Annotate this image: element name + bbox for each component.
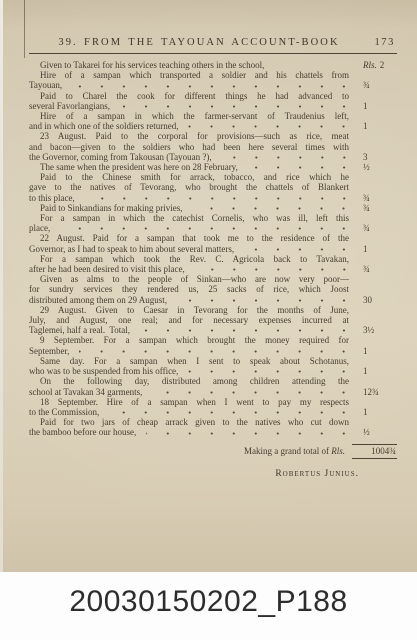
dot-leader bbox=[274, 62, 355, 69]
entry-line: For a sampan which took the Rev. C. Agri… bbox=[29, 254, 349, 264]
entry-line: On the following day, distributed among … bbox=[29, 376, 349, 386]
entry-line: place,¾ bbox=[29, 223, 397, 233]
entry-line: to the Commission,1 bbox=[29, 407, 397, 417]
grand-total-text: Making a grand total of bbox=[244, 446, 329, 456]
entry-line: Paid to Sinkandians for making privies,¾ bbox=[29, 203, 397, 213]
account-entry: Given to Takarei for his services teachi… bbox=[29, 60, 397, 70]
dot-leader bbox=[140, 327, 355, 334]
dot-leader bbox=[85, 195, 355, 202]
entry-text: the bamboo before our house, bbox=[29, 427, 136, 437]
entry-text: Taglemei, half a real. Total, bbox=[29, 325, 130, 335]
entry-amount: 1 bbox=[363, 346, 397, 356]
entry-line: Hire of a sampan which transported a sol… bbox=[29, 70, 349, 80]
grand-total-label: Making a grand total of Rls. bbox=[244, 446, 345, 456]
entry-line: Given to Takarei for his services teachi… bbox=[29, 60, 397, 70]
entry-line: gave to the natives of Tevorang, who bro… bbox=[29, 182, 349, 192]
entry-text: place, bbox=[29, 223, 50, 233]
entry-amount: 3 bbox=[363, 152, 397, 162]
entry-amount: 1 bbox=[363, 121, 397, 131]
scan-id-label: 20030150202_P188 bbox=[69, 585, 347, 619]
entry-line: For a sampan in which the catechist Corn… bbox=[29, 213, 349, 223]
entry-line: Paid to Charel the cook for different th… bbox=[29, 91, 349, 101]
page-edge-shadow bbox=[24, 0, 25, 58]
entry-text: and in which one of the soldiers returne… bbox=[29, 121, 178, 131]
dot-leader bbox=[188, 368, 355, 375]
page-text-block: 39. FROM THE TAYOUAN ACCOUNT-BOOK 173 Gi… bbox=[29, 36, 397, 479]
entry-text: distributed among them on 29 August, bbox=[29, 295, 167, 305]
entry-text: Paid to Sinkandians for making privies, bbox=[29, 203, 182, 213]
entry-text: who was to be suspended from his office, bbox=[29, 366, 178, 376]
entry-line: Governor, as I had to speak to him about… bbox=[29, 244, 397, 254]
entry-text: to the Commission, bbox=[29, 407, 99, 417]
entry-amount: 30 bbox=[363, 295, 397, 305]
entry-line: who was to be suspended from his office,… bbox=[29, 366, 397, 376]
dot-leader bbox=[60, 225, 355, 232]
header-rule bbox=[29, 53, 397, 54]
entry-line: Same day. For a sampan when I sent to sp… bbox=[29, 356, 349, 366]
entry-line: school at Tavakan 34 garments,12¾ bbox=[29, 387, 397, 397]
entry-amount: ¾ bbox=[363, 203, 397, 213]
entry-line: September,1 bbox=[29, 346, 397, 356]
dot-leader bbox=[79, 348, 355, 355]
account-entry: The same when the president was here on … bbox=[29, 162, 397, 172]
account-entry: Hire of a sampan which transported a sol… bbox=[29, 70, 397, 90]
account-entry: 29 August. Given to Caesar in Tevorang f… bbox=[29, 305, 397, 336]
account-entry: Given as alms to the people of Sinkan—wh… bbox=[29, 274, 397, 305]
entry-text: the Governor, coming from Takousan (Tayo… bbox=[29, 152, 212, 162]
entry-amount: 1 bbox=[363, 366, 397, 376]
account-entry: Paid for two jars of cheap arrack given … bbox=[29, 417, 397, 437]
account-entry: 23 August. Paid to the corporal for prov… bbox=[29, 131, 397, 162]
entry-line: the bamboo before our house,½ bbox=[29, 427, 397, 437]
entry-amount: 12¾ bbox=[363, 387, 397, 397]
dot-leader bbox=[72, 83, 355, 90]
entry-amount: 1 bbox=[363, 407, 397, 417]
entry-list: Given to Takarei for his services teachi… bbox=[29, 60, 397, 438]
account-entry: Paid to Sinkandians for making privies,¾ bbox=[29, 203, 397, 213]
dot-leader bbox=[152, 389, 355, 396]
dot-leader bbox=[188, 123, 355, 130]
currency-label: Rls. bbox=[363, 60, 377, 70]
scan-viewer: 39. FROM THE TAYOUAN ACCOUNT-BOOK 173 Gi… bbox=[0, 0, 417, 640]
entry-amount: ½ bbox=[363, 427, 397, 437]
entry-line: July, and August, one real; and for nece… bbox=[29, 315, 349, 325]
entry-line: 22 August. Paid for a sampan that took m… bbox=[29, 233, 349, 243]
dot-leader bbox=[195, 266, 355, 273]
entry-amount: 3½ bbox=[363, 325, 397, 335]
entry-text: several Favorlangians, bbox=[29, 101, 110, 111]
entry-line: to this place,¾ bbox=[29, 193, 397, 203]
entry-line: 18 September. Hire of a sampan when I we… bbox=[29, 397, 349, 407]
account-entry: Paid to Charel the cook for different th… bbox=[29, 91, 397, 111]
account-entry: Same day. For a sampan when I sent to sp… bbox=[29, 356, 397, 376]
dot-leader bbox=[146, 430, 355, 437]
page-number: 173 bbox=[374, 36, 395, 49]
entry-line: Paid for two jars of cheap arrack given … bbox=[29, 417, 349, 427]
book-page: 39. FROM THE TAYOUAN ACCOUNT-BOOK 173 Gi… bbox=[0, 0, 417, 573]
currency-label: Rls. bbox=[331, 446, 345, 456]
account-entry: 9 September. For a sampan which brought … bbox=[29, 335, 397, 355]
dot-leader bbox=[120, 103, 355, 110]
account-entry: For a sampan in which the catechist Corn… bbox=[29, 213, 397, 233]
entry-amount: ¾ bbox=[363, 223, 397, 233]
dot-leader bbox=[244, 246, 355, 253]
entry-amount: 1 bbox=[363, 101, 397, 111]
account-entry: On the following day, distributed among … bbox=[29, 376, 397, 396]
entry-line: the Governor, coming from Takousan (Tayo… bbox=[29, 152, 397, 162]
grand-total-value: 1004¾ bbox=[352, 444, 397, 459]
entry-amount: ¾ bbox=[363, 193, 397, 203]
entry-line: distributed among them on 29 August,30 bbox=[29, 295, 397, 305]
entry-text: The same when the president was here on … bbox=[29, 162, 238, 172]
dot-leader bbox=[192, 205, 355, 212]
account-entry: 18 September. Hire of a sampan when I we… bbox=[29, 397, 397, 417]
entry-amount: Rls.2 bbox=[363, 60, 397, 70]
grand-total-row: Making a grand total of Rls. 1004¾ bbox=[29, 444, 397, 459]
account-entry: Hire of a sampan in which the farmer-ser… bbox=[29, 111, 397, 131]
entry-line: and in which one of the soldiers returne… bbox=[29, 121, 397, 131]
account-entry: 22 August. Paid for a sampan that took m… bbox=[29, 233, 397, 253]
entry-line: Hire of a sampan in which the farmer-ser… bbox=[29, 111, 349, 121]
entry-line: 23 August. Paid to the corporal for prov… bbox=[29, 131, 349, 141]
entry-line: after he had been desired to visit this … bbox=[29, 264, 397, 274]
entry-amount: ¾ bbox=[363, 80, 397, 90]
entry-text: school at Tavakan 34 garments, bbox=[29, 387, 142, 397]
page-header: 39. FROM THE TAYOUAN ACCOUNT-BOOK 173 bbox=[29, 36, 397, 49]
dot-leader bbox=[248, 164, 355, 171]
entry-amount: ½ bbox=[363, 162, 397, 172]
signature: Robertus Junius. bbox=[29, 469, 397, 479]
entry-line: 9 September. For a sampan which brought … bbox=[29, 335, 349, 345]
entry-text: to this place, bbox=[29, 193, 75, 203]
dot-leader bbox=[109, 409, 355, 416]
entry-line: Taglemei, half a real. Total,3½ bbox=[29, 325, 397, 335]
entry-text: September, bbox=[29, 346, 69, 356]
entry-amount: 1 bbox=[363, 244, 397, 254]
dot-leader bbox=[222, 154, 355, 161]
entry-line: Tayouan,¾ bbox=[29, 80, 397, 90]
entry-text: after he had been desired to visit this … bbox=[29, 264, 185, 274]
scan-id-band: 20030150202_P188 bbox=[0, 572, 417, 640]
entry-text: Tayouan, bbox=[29, 80, 62, 90]
dot-leader bbox=[177, 297, 355, 304]
account-entry: For a sampan which took the Rev. C. Agri… bbox=[29, 254, 397, 274]
chapter-title: 39. FROM THE TAYOUAN ACCOUNT-BOOK bbox=[58, 36, 339, 49]
entry-line: 29 August. Given to Caesar in Tevorang f… bbox=[29, 305, 349, 315]
entry-line: for sundry services they rendered us, 25… bbox=[29, 284, 349, 294]
entry-line: Paid to the Chinese smith for arrack, to… bbox=[29, 172, 349, 182]
account-entry: Paid to the Chinese smith for arrack, to… bbox=[29, 172, 397, 203]
entry-line: several Favorlangians,1 bbox=[29, 101, 397, 111]
entry-amount: ¾ bbox=[363, 264, 397, 274]
entry-line: The same when the president was here on … bbox=[29, 162, 397, 172]
entry-text: Given to Takarei for his services teachi… bbox=[29, 60, 264, 70]
entry-text: Governor, as I had to speak to him about… bbox=[29, 244, 234, 254]
entry-line: and bacon—given to the soldiers who had … bbox=[29, 142, 349, 152]
entry-line: Given as alms to the people of Sinkan—wh… bbox=[29, 274, 349, 284]
